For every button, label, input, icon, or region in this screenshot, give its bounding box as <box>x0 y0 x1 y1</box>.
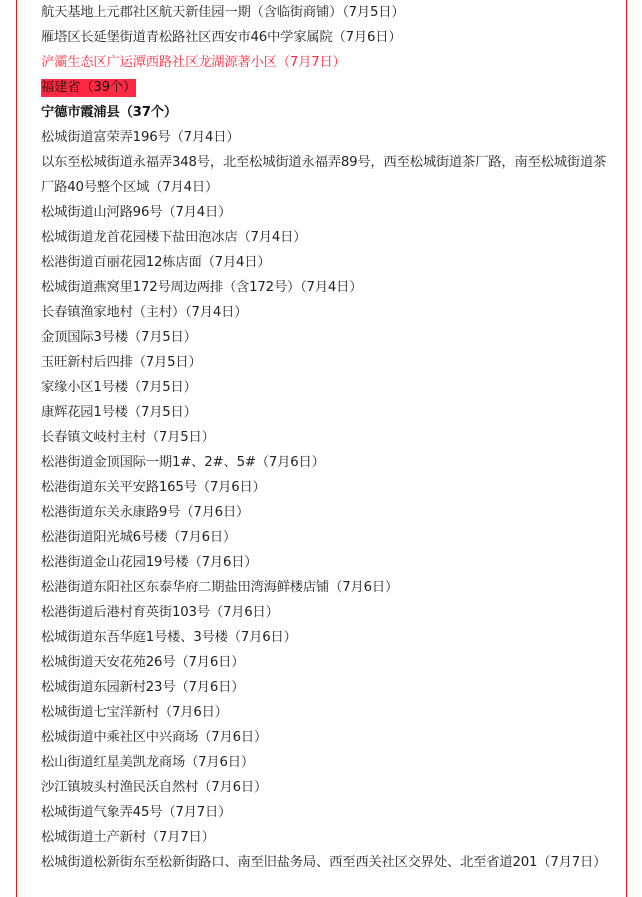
list-item: 家缘小区1号楼（7月5日） <box>41 375 617 400</box>
province-heading-highlight: 福建省（39个） <box>41 79 136 97</box>
list-item: 松港街道金山花园19号楼（7月6日） <box>41 550 617 575</box>
list-item: 松山街道红星美凯龙商场（7月6日） <box>41 750 617 775</box>
list-item: 松城街道松新街东至松新街路口、南至旧盐务局、西至西关社区交界处、北至省道201（… <box>41 850 613 875</box>
list-item: 玉旺新村后四排（7月5日） <box>41 350 617 375</box>
list-item: 雁塔区长延堡街道青松路社区西安市46中学家属院（7月6日） <box>41 25 617 50</box>
list-item: 沙江镇坡头村渔民沃自然村（7月6日） <box>41 775 617 800</box>
list-item: 长春镇渔家地村（主村）（7月4日） <box>41 300 617 325</box>
list-item: 康辉花园1号楼（7月5日） <box>41 400 617 425</box>
list-item: 松城街道中乘社区中兴商场（7月6日） <box>41 725 617 750</box>
list-item: 松城街道燕窝里172号周边两排（含172号）（7月4日） <box>41 275 617 300</box>
province-heading: 福建省（39个） <box>41 75 617 100</box>
list-item: 松港街道东关平安路165号（7月6日） <box>41 475 617 500</box>
list-item: 松城街道龙首花园楼下盐田泡冰店（7月4日） <box>41 225 617 250</box>
list-item: 航天基地上元郡社区航天新佳园一期（含临街商铺）（7月5日） <box>41 0 617 25</box>
list-item: 以东至松城街道永福弄348号，北至松城街道永福弄89号，西至松城街道茶厂路，南至… <box>41 150 613 200</box>
list-item: 松城街道气象弄45号（7月7日） <box>41 800 617 825</box>
list-item: 松城街道东园新村23号（7月6日） <box>41 675 617 700</box>
list-item: 松城街道富荣弄196号（7月4日） <box>41 125 617 150</box>
list-item: 松城街道七宝洋新村（7月6日） <box>41 700 617 725</box>
list-item: 松城街道土产新村（7月7日） <box>41 825 617 850</box>
list-item: 松城街道天安花苑26号（7月6日） <box>41 650 617 675</box>
list-item: 松港街道百丽花园12栋店面（7月4日） <box>41 250 617 275</box>
list-item: 松城街道山河路96号（7月4日） <box>41 200 617 225</box>
city-heading: 宁德市霞浦县（37个） <box>41 100 617 125</box>
list-item: 松港街道后港村育英街103号（7月6日） <box>41 600 617 625</box>
list-item: 松港街道金顶国际一期1#、2#、5#（7月6日） <box>41 450 617 475</box>
list-item: 松港街道东阳社区东泰华府二期盐田湾海鲜楼店铺（7月6日） <box>41 575 617 600</box>
list-item: 松港街道阳光城6号楼（7月6日） <box>41 525 617 550</box>
list-item: 松港街道东关永康路9号（7月6日） <box>41 500 617 525</box>
list-item: 长春镇文岐村主村（7月5日） <box>41 425 617 450</box>
list-item-new: 浐灞生态区广运潭西路社区龙湖源著小区（7月7日） <box>41 50 617 75</box>
list-item: 金顶国际3号楼（7月5日） <box>41 325 617 350</box>
risk-area-list: 航天基地上元郡社区航天新佳园一期（含临街商铺）（7月5日） 雁塔区长延堡街道青松… <box>41 0 617 875</box>
list-item: 松城街道东吾华庭1号楼、3号楼（7月6日） <box>41 625 617 650</box>
